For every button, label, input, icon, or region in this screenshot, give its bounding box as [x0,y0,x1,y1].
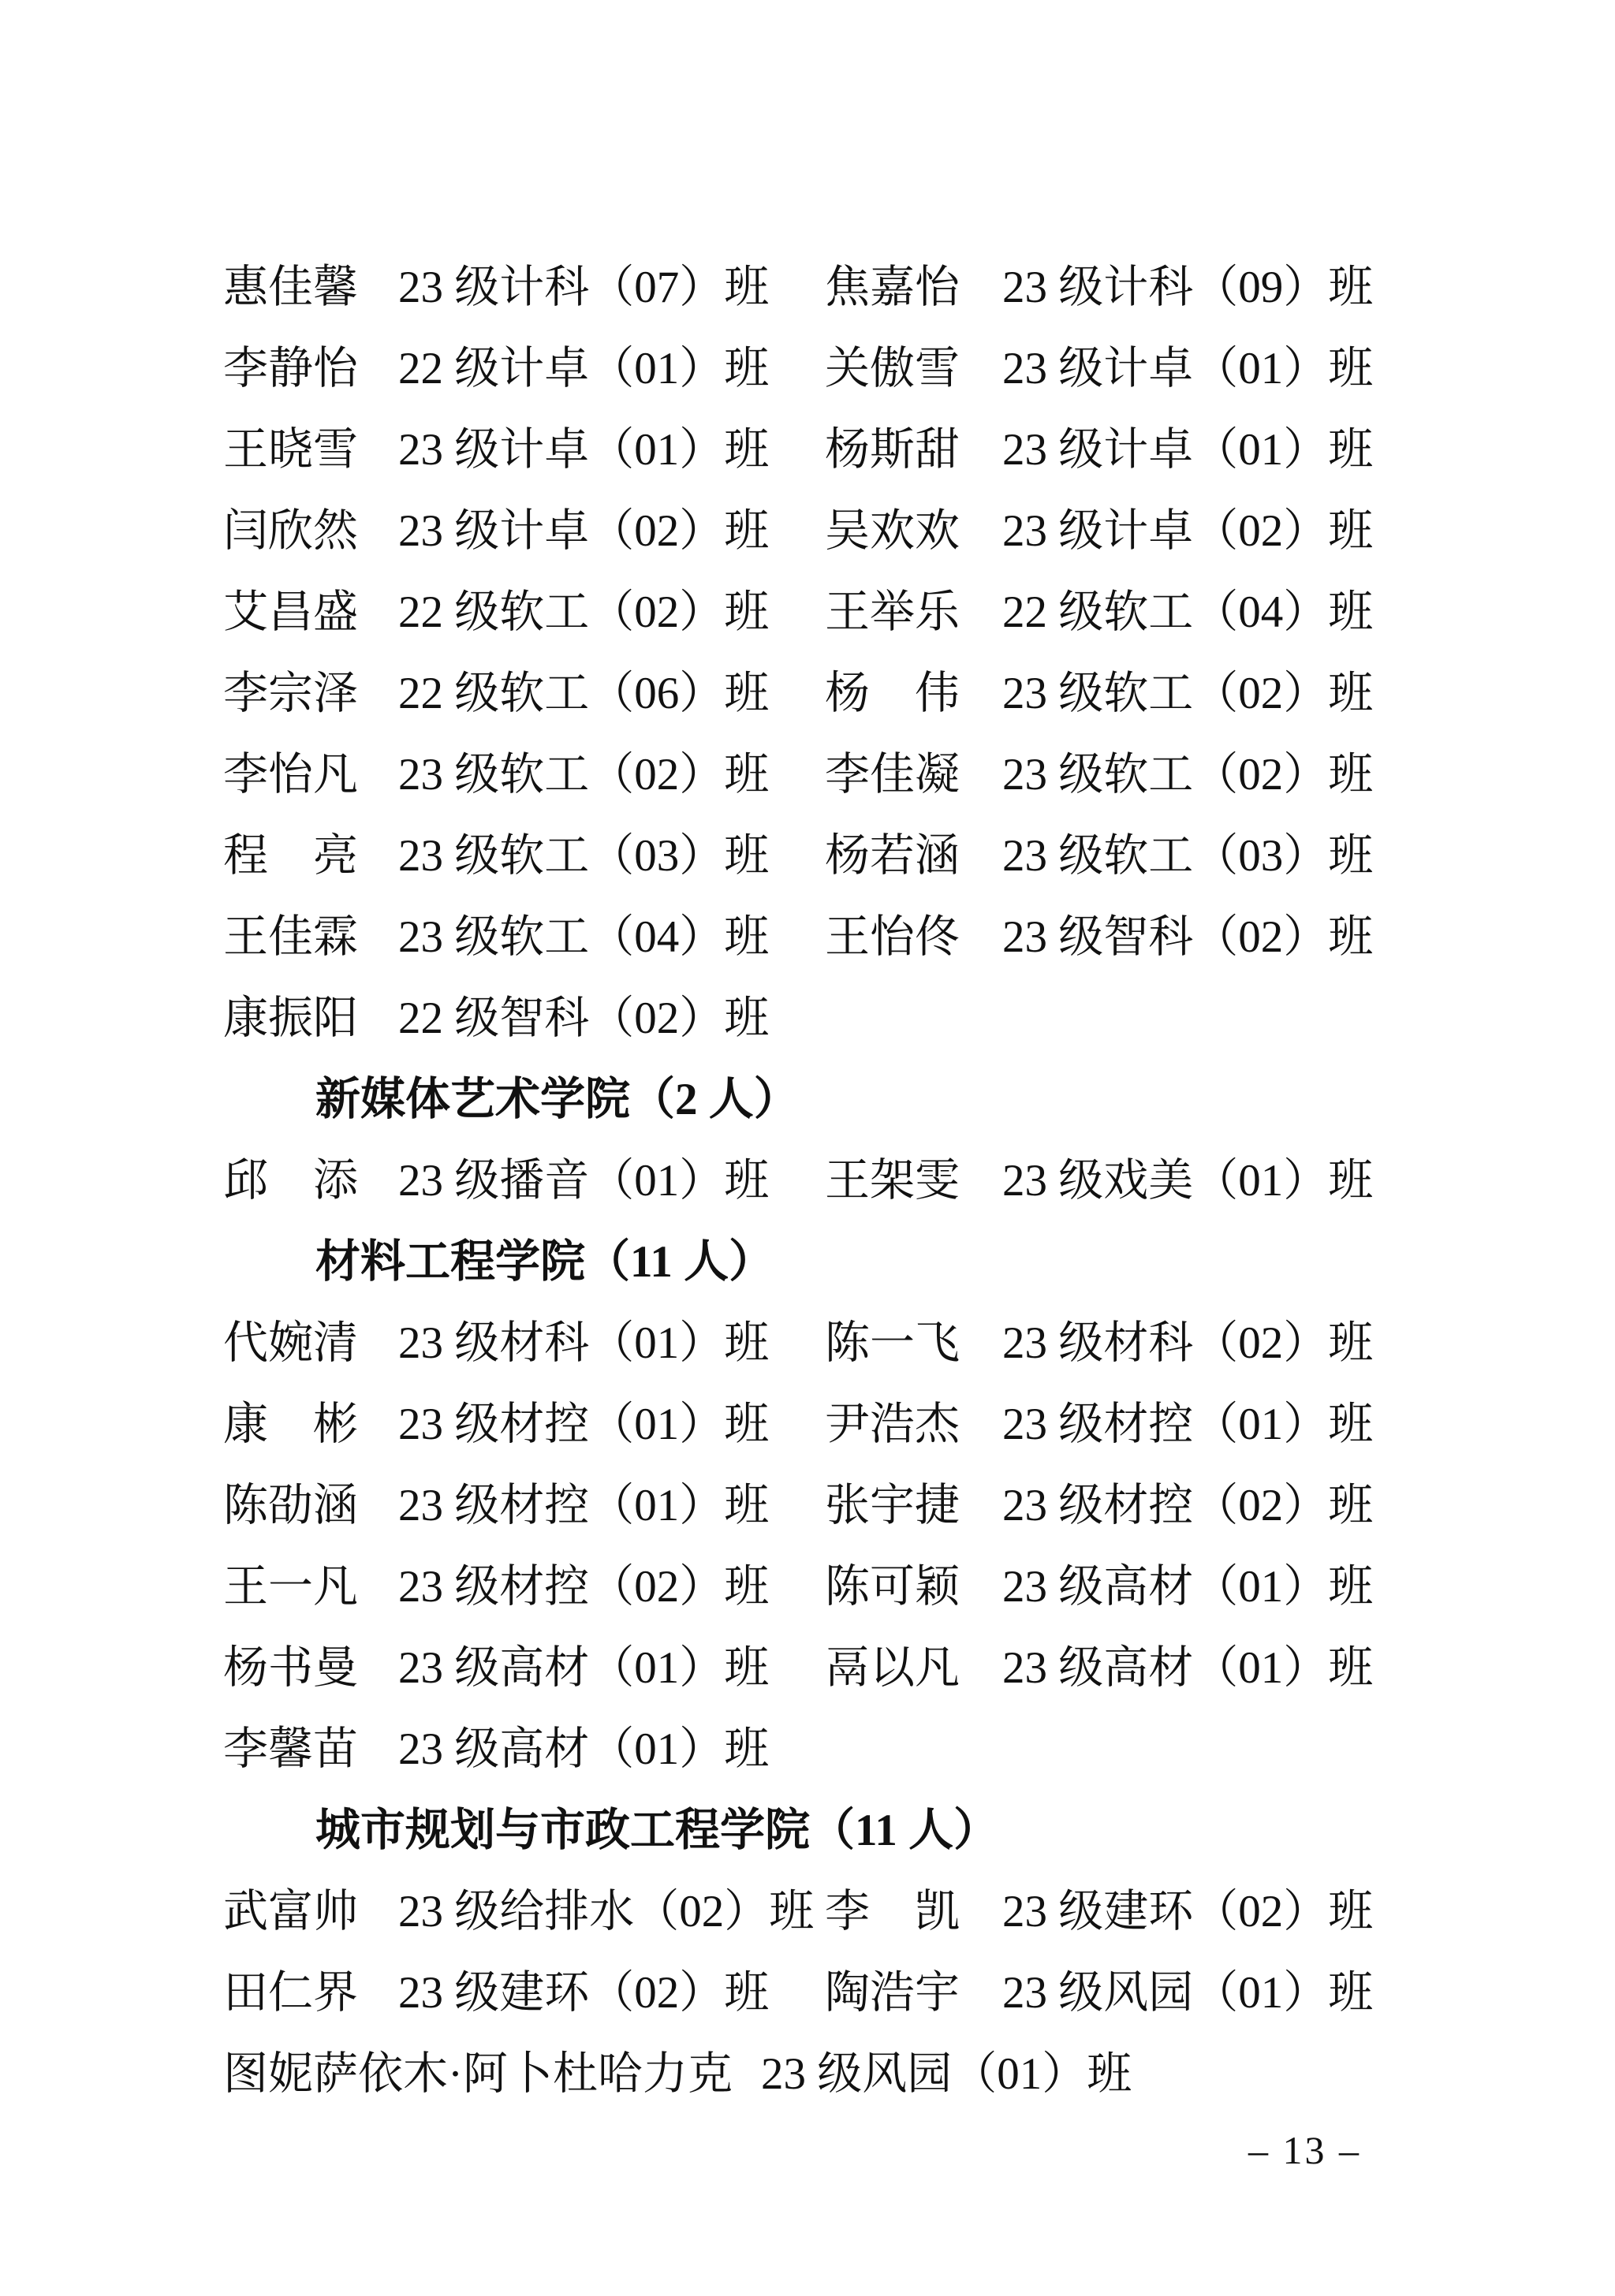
student-name: 杨若涵 [825,815,960,896]
student-name: 图妮萨依木·阿卜杜哈力克 [223,2033,733,2115]
student-class: 23 级材控（02）班 [398,1546,769,1627]
roster-row: 代婉清23 级材科（01）班陈一飞23 级材科（02）班 [0,1303,1615,1384]
student-class: 23 级软工（03）班 [398,815,769,896]
student-name: 康 彬 [223,1384,358,1465]
student-name: 程 亮 [223,815,358,896]
section-heading-row: 材料工程学院（11 人） [0,1221,1615,1303]
student-class: 23 级材控（01）班 [398,1384,769,1465]
student-name: 王举乐 [825,572,960,653]
page-number: – 13 – [1248,2126,1361,2174]
student-class: 22 级软工（02）班 [398,572,769,653]
student-class: 23 级计卓（01）班 [1002,328,1373,409]
roster-row: 李怡凡23 级软工（02）班李佳凝23 级软工（02）班 [0,734,1615,815]
student-class: 23 级风园（01）班 [761,2033,1132,2115]
student-name: 李怡凡 [223,734,358,815]
student-name: 陈一飞 [825,1303,960,1384]
roster-row: 王一凡23 级材控（02）班陈可颖23 级高材（01）班 [0,1546,1615,1627]
student-name: 张宇捷 [825,1465,960,1546]
student-name: 尹浩杰 [825,1384,960,1465]
student-class: 22 级计卓（01）班 [398,328,769,409]
roster-row: 惠佳馨23 级计科（07）班焦嘉怡23 级计科（09）班 [0,247,1615,328]
student-name: 吴欢欢 [825,490,960,572]
student-class: 23 级材科（02）班 [1002,1303,1373,1384]
student-name: 李宗泽 [223,653,358,734]
student-class: 23 级建环（02）班 [398,1952,769,2033]
student-name: 代婉清 [223,1303,358,1384]
student-class: 23 级材科（01）班 [398,1303,769,1384]
student-class: 23 级计卓（02）班 [398,490,769,572]
roster-row: 李馨苗23 级高材（01）班 [0,1709,1615,1790]
student-name: 杨 伟 [825,653,960,734]
roster-row: 杨书曼23 级高材（01）班鬲以凡23 级高材（01）班 [0,1627,1615,1709]
student-class: 23 级建环（02）班 [1002,1871,1373,1952]
student-class: 22 级智科（02）班 [398,978,769,1059]
student-name: 艾昌盛 [223,572,358,653]
student-roster-list: 惠佳馨23 级计科（07）班焦嘉怡23 级计科（09）班李静怡22 级计卓（01… [0,247,1615,2115]
roster-row: 康振阳22 级智科（02）班 [0,978,1615,1059]
student-class: 23 级计科（07）班 [398,247,769,328]
roster-row: 图妮萨依木·阿卜杜哈力克23 级风园（01）班 [0,2033,1615,2115]
student-name: 田仁界 [223,1952,358,2033]
roster-row: 王佳霖23 级软工（04）班王怡佟23 级智科（02）班 [0,896,1615,978]
student-name: 焦嘉怡 [825,247,960,328]
roster-row: 李静怡22 级计卓（01）班关傲雪23 级计卓（01）班 [0,328,1615,409]
student-name: 王架雯 [825,1140,960,1221]
student-class: 23 级软工（02）班 [1002,734,1373,815]
student-class: 23 级软工（02）班 [398,734,769,815]
student-name: 关傲雪 [825,328,960,409]
student-name: 李佳凝 [825,734,960,815]
roster-row: 李宗泽22 级软工（06）班杨 伟23 级软工（02）班 [0,653,1615,734]
section-heading-row: 新媒体艺术学院（2 人） [0,1059,1615,1140]
student-class: 23 级给排水（02）班 [398,1871,814,1952]
student-class: 23 级计卓（01）班 [1002,409,1373,490]
student-name: 陶浩宇 [825,1952,960,2033]
student-name: 王晓雪 [223,409,358,490]
student-name: 闫欣然 [223,490,358,572]
roster-row: 程 亮23 级软工（03）班杨若涵23 级软工（03）班 [0,815,1615,896]
student-class: 23 级计科（09）班 [1002,247,1373,328]
student-name: 惠佳馨 [223,247,358,328]
student-class: 23 级高材（01）班 [398,1627,769,1709]
student-class: 23 级智科（02）班 [1002,896,1373,978]
roster-row: 田仁界23 级建环（02）班陶浩宇23 级风园（01）班 [0,1952,1615,2033]
roster-row: 邱 添23 级播音（01）班王架雯23 级戏美（01）班 [0,1140,1615,1221]
student-name: 王怡佟 [825,896,960,978]
roster-row: 康 彬23 级材控（01）班尹浩杰23 级材控（01）班 [0,1384,1615,1465]
section-heading: 材料工程学院（11 人） [315,1221,774,1303]
roster-row: 闫欣然23 级计卓（02）班吴欢欢23 级计卓（02）班 [0,490,1615,572]
student-class: 22 级软工（04）班 [1002,572,1373,653]
student-class: 23 级软工（04）班 [398,896,769,978]
student-class: 23 级戏美（01）班 [1002,1140,1373,1221]
section-heading: 城市规划与市政工程学院（11 人） [315,1790,998,1871]
student-name: 李静怡 [223,328,358,409]
student-name: 鬲以凡 [825,1627,960,1709]
student-class: 23 级风园（01）班 [1002,1952,1373,2033]
student-class: 23 级材控（01）班 [1002,1384,1373,1465]
student-name: 邱 添 [223,1140,358,1221]
student-class: 23 级高材（01）班 [1002,1627,1373,1709]
document-page: 惠佳馨23 级计科（07）班焦嘉怡23 级计科（09）班李静怡22 级计卓（01… [0,0,1615,2296]
student-class: 23 级计卓（02）班 [1002,490,1373,572]
section-heading-row: 城市规划与市政工程学院（11 人） [0,1790,1615,1871]
student-class: 23 级高材（01）班 [398,1709,769,1790]
student-name: 武富帅 [223,1871,358,1952]
student-name: 康振阳 [223,978,358,1059]
student-name: 杨书曼 [223,1627,358,1709]
student-class: 23 级材控（01）班 [398,1465,769,1546]
roster-row: 武富帅23 级给排水（02）班李 凯23 级建环（02）班 [0,1871,1615,1952]
student-name: 陈可颖 [825,1546,960,1627]
student-class: 23 级软工（02）班 [1002,653,1373,734]
student-class: 23 级计卓（01）班 [398,409,769,490]
roster-row: 王晓雪23 级计卓（01）班杨斯甜23 级计卓（01）班 [0,409,1615,490]
roster-row: 陈劭涵23 级材控（01）班张宇捷23 级材控（02）班 [0,1465,1615,1546]
student-class: 23 级软工（03）班 [1002,815,1373,896]
student-name: 王佳霖 [223,896,358,978]
section-heading: 新媒体艺术学院（2 人） [315,1059,799,1140]
student-name: 李馨苗 [223,1709,358,1790]
student-name: 王一凡 [223,1546,358,1627]
student-name: 陈劭涵 [223,1465,358,1546]
student-name: 李 凯 [825,1871,960,1952]
student-class: 23 级播音（01）班 [398,1140,769,1221]
student-class: 23 级材控（02）班 [1002,1465,1373,1546]
roster-row: 艾昌盛22 级软工（02）班王举乐22 级软工（04）班 [0,572,1615,653]
student-name: 杨斯甜 [825,409,960,490]
student-class: 23 级高材（01）班 [1002,1546,1373,1627]
student-class: 22 级软工（06）班 [398,653,769,734]
